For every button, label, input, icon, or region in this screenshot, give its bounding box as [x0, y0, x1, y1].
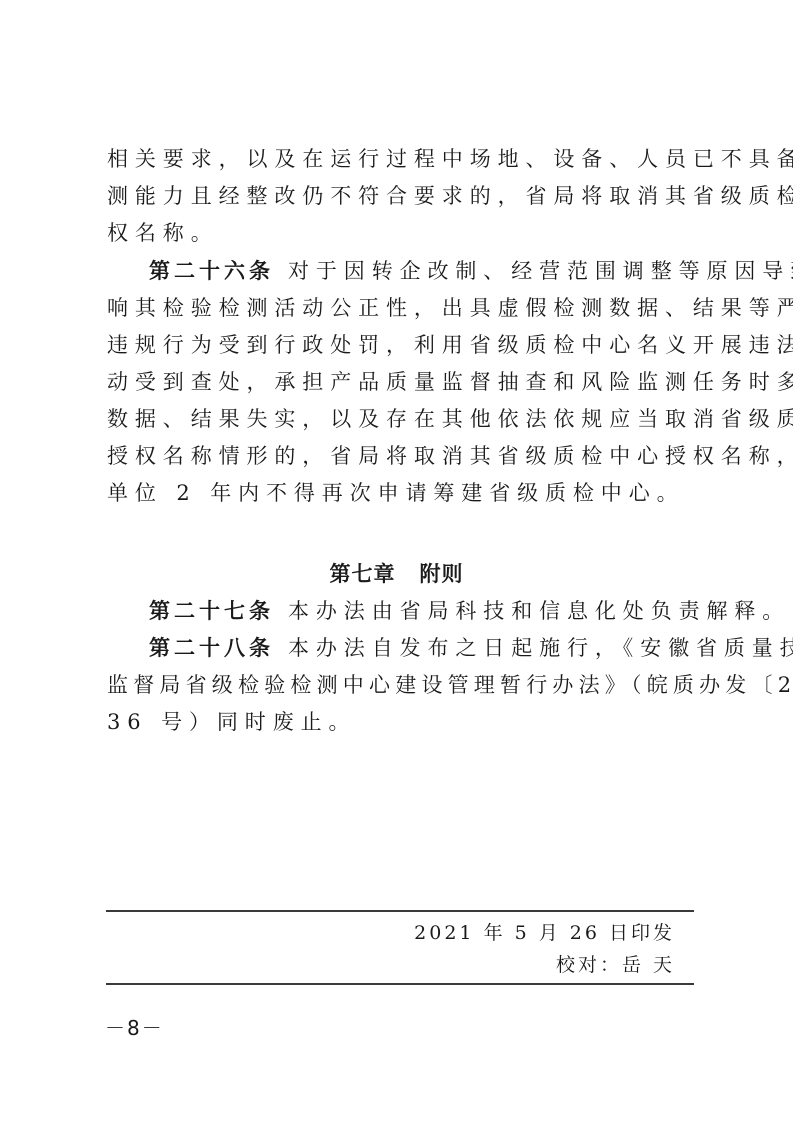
- chapter-heading: 第七章附则: [0, 556, 793, 593]
- article-label: 第二十六条: [149, 259, 274, 283]
- article-label: 第二十八条: [149, 636, 274, 660]
- article-28: 第二十八条本办法自发布之日起施行，《安徽省质量技术 监督局省级检验检测中心建设管…: [107, 630, 697, 741]
- article-label: 第二十七条: [149, 599, 274, 623]
- text-line: 测能力且经整改仍不符合要求的，省局将取消其省级质检中心授: [107, 178, 697, 215]
- document-page: 相关要求，以及在运行过程中场地、设备、人员已不具备检验检 测能力且经整改仍不符合…: [0, 0, 793, 1122]
- footer-bottom-rule: [106, 983, 694, 985]
- footer-top-rule: [106, 910, 694, 912]
- article-first-line: 第二十八条本办法自发布之日起施行，《安徽省质量技术: [107, 630, 697, 667]
- text-line: 动受到查处，承担产品质量监督抽查和风险监测任务时多次出现: [107, 364, 697, 401]
- text-line: 本办法自发布之日起施行，《安徽省质量技术: [288, 636, 793, 660]
- text-line: 权名称。: [107, 215, 697, 252]
- article-first-line: 第二十六条对于因转企改制、经营范围调整等原因导致影: [107, 253, 697, 290]
- continuation-paragraph: 相关要求，以及在运行过程中场地、设备、人员已不具备检验检 测能力且经整改仍不符合…: [107, 141, 697, 252]
- text-line: 相关要求，以及在运行过程中场地、设备、人员已不具备检验检: [107, 141, 697, 178]
- page-number: －8－: [105, 1014, 164, 1042]
- issue-date: 2021 年 5 月 26 日印发: [414, 919, 675, 947]
- proofreader: 校对：岳 天: [556, 951, 675, 979]
- text-line: 数据、结果失实，以及存在其他依法依规应当取消省级质检中心: [107, 401, 697, 438]
- chapter-number: 第七章: [330, 562, 396, 586]
- article-26: 第二十六条对于因转企改制、经营范围调整等原因导致影 响其检验检测活动公正性，出具…: [107, 253, 697, 512]
- text-line: 授权名称情形的，省局将取消其省级质检中心授权名称，其法人: [107, 438, 697, 475]
- chapter-title: 附则: [420, 562, 464, 586]
- text-line: 响其检验检测活动公正性，出具虚假检测数据、结果等严重违法: [107, 290, 697, 327]
- text-line: 单位 2 年内不得再次申请筹建省级质检中心。: [107, 475, 697, 512]
- article-27: 第二十七条本办法由省局科技和信息化处负责解释。: [107, 593, 697, 630]
- text-line: 对于因转企改制、经营范围调整等原因导致影: [288, 259, 793, 283]
- article-first-line: 第二十七条本办法由省局科技和信息化处负责解释。: [107, 593, 697, 630]
- text-line: 违规行为受到行政处罚，利用省级质检中心名义开展违法违规活: [107, 327, 697, 364]
- text-line: 本办法由省局科技和信息化处负责解释。: [288, 599, 790, 623]
- text-line: 监督局省级检验检测中心建设管理暂行办法》（皖质办发〔2008〕: [107, 667, 697, 704]
- text-line: 36 号）同时废止。: [107, 704, 697, 741]
